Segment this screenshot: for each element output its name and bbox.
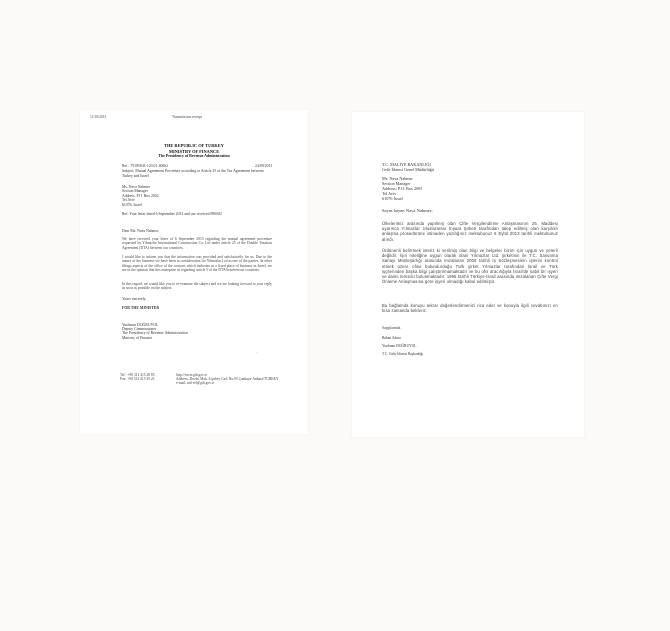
top-left-mark: 11/10/2013	[90, 116, 106, 120]
letterhead: T.C. MALİYE BAKANLIĞI Gelir İdaresi Gene…	[382, 162, 434, 172]
signatory-line: T.C. Gelir İdaresi Başkanlığı	[382, 350, 423, 358]
body-paragraph-1: We have received your letter of 6 Septem…	[122, 237, 272, 250]
signatory-line: Yurdanur DOĞRUYOL	[382, 342, 423, 350]
signature-block: Yurdanur DOĞRUYOL Deputy Commissioner Th…	[122, 323, 188, 340]
footer-fax: Fax: +90 312 415 29 23	[120, 377, 155, 381]
body-paragraph-2: I would like to inform you that the info…	[122, 255, 272, 273]
footer-email: e-mail: intl-rel@gib.gov.tr	[176, 381, 279, 385]
recipient-address: Ms. Nava Nahmer Section Manager Address:…	[122, 185, 159, 207]
closing: Yours sincerely,	[122, 298, 146, 302]
closing: Saygılarımla	[382, 327, 400, 331]
salutation: Dear Ms. Nava Nahmer,	[122, 230, 159, 234]
signatory-line: The Presidency of Revenue Administration	[122, 331, 188, 335]
top-center-mark: Transmission receipt	[172, 116, 202, 120]
stamp-mark: ·	[256, 352, 257, 356]
footer-contact: Tel : +90 312 415 28 85 Fax: +90 312 415…	[120, 373, 155, 381]
footer-address: http://www.gib.gov.tr Address: Devlet Ma…	[176, 373, 279, 385]
body-paragraph-3: In this regard, we would like you to re-…	[122, 282, 272, 291]
letterhead-line-2: MINISTRY OF FINANCE	[80, 149, 308, 154]
body-paragraph-1: Ülkelerimiz arasında yapılmış olan Çifte…	[382, 221, 558, 242]
signatory-line: Ministry of Finance	[122, 336, 188, 340]
document-page-english: 11/10/2013 Transmission receipt THE REPU…	[80, 110, 308, 434]
reference-line: Ref: Your letter dated 6 September 2013 …	[122, 213, 222, 217]
body-paragraph-2: Ürdünenli belirtmek isteriz ki verilmiş …	[382, 248, 558, 284]
recipient-address: Ms. Nava Nahmer Section Manager Address:…	[382, 176, 422, 201]
signature-block: Bakan Adına Yurdanur DOĞRUYOL T.C. Gelir…	[382, 334, 423, 358]
letterhead-line-3: The Presidency of Revenue Administration	[80, 154, 308, 158]
signatory-for: FOR THE MINISTER	[122, 307, 159, 311]
letterhead: THE REPUBLIC OF TURKEY MINISTRY OF FINAN…	[80, 143, 308, 158]
document-page-turkish: T.C. MALİYE BAKANLIĞI Gelir İdaresi Gene…	[352, 112, 584, 437]
salutation: Sayın bayan Nava Nahmer;	[382, 209, 433, 214]
recipient-line: 61076, Israel	[122, 203, 159, 207]
body-paragraph-3: Bu bağlamda konuyu tekrar değerlendirmen…	[382, 303, 558, 313]
recipient-line: 61076 İsrael	[382, 196, 422, 201]
letterhead-line-2: Gelir İdaresi Genel Müdürlüğü	[382, 167, 434, 172]
letterhead-line-1: THE REPUBLIC OF TURKEY	[80, 143, 308, 148]
signatory-line: Bakan Adına	[382, 334, 423, 342]
subject-line-2: Turkey and Israel	[122, 175, 149, 179]
